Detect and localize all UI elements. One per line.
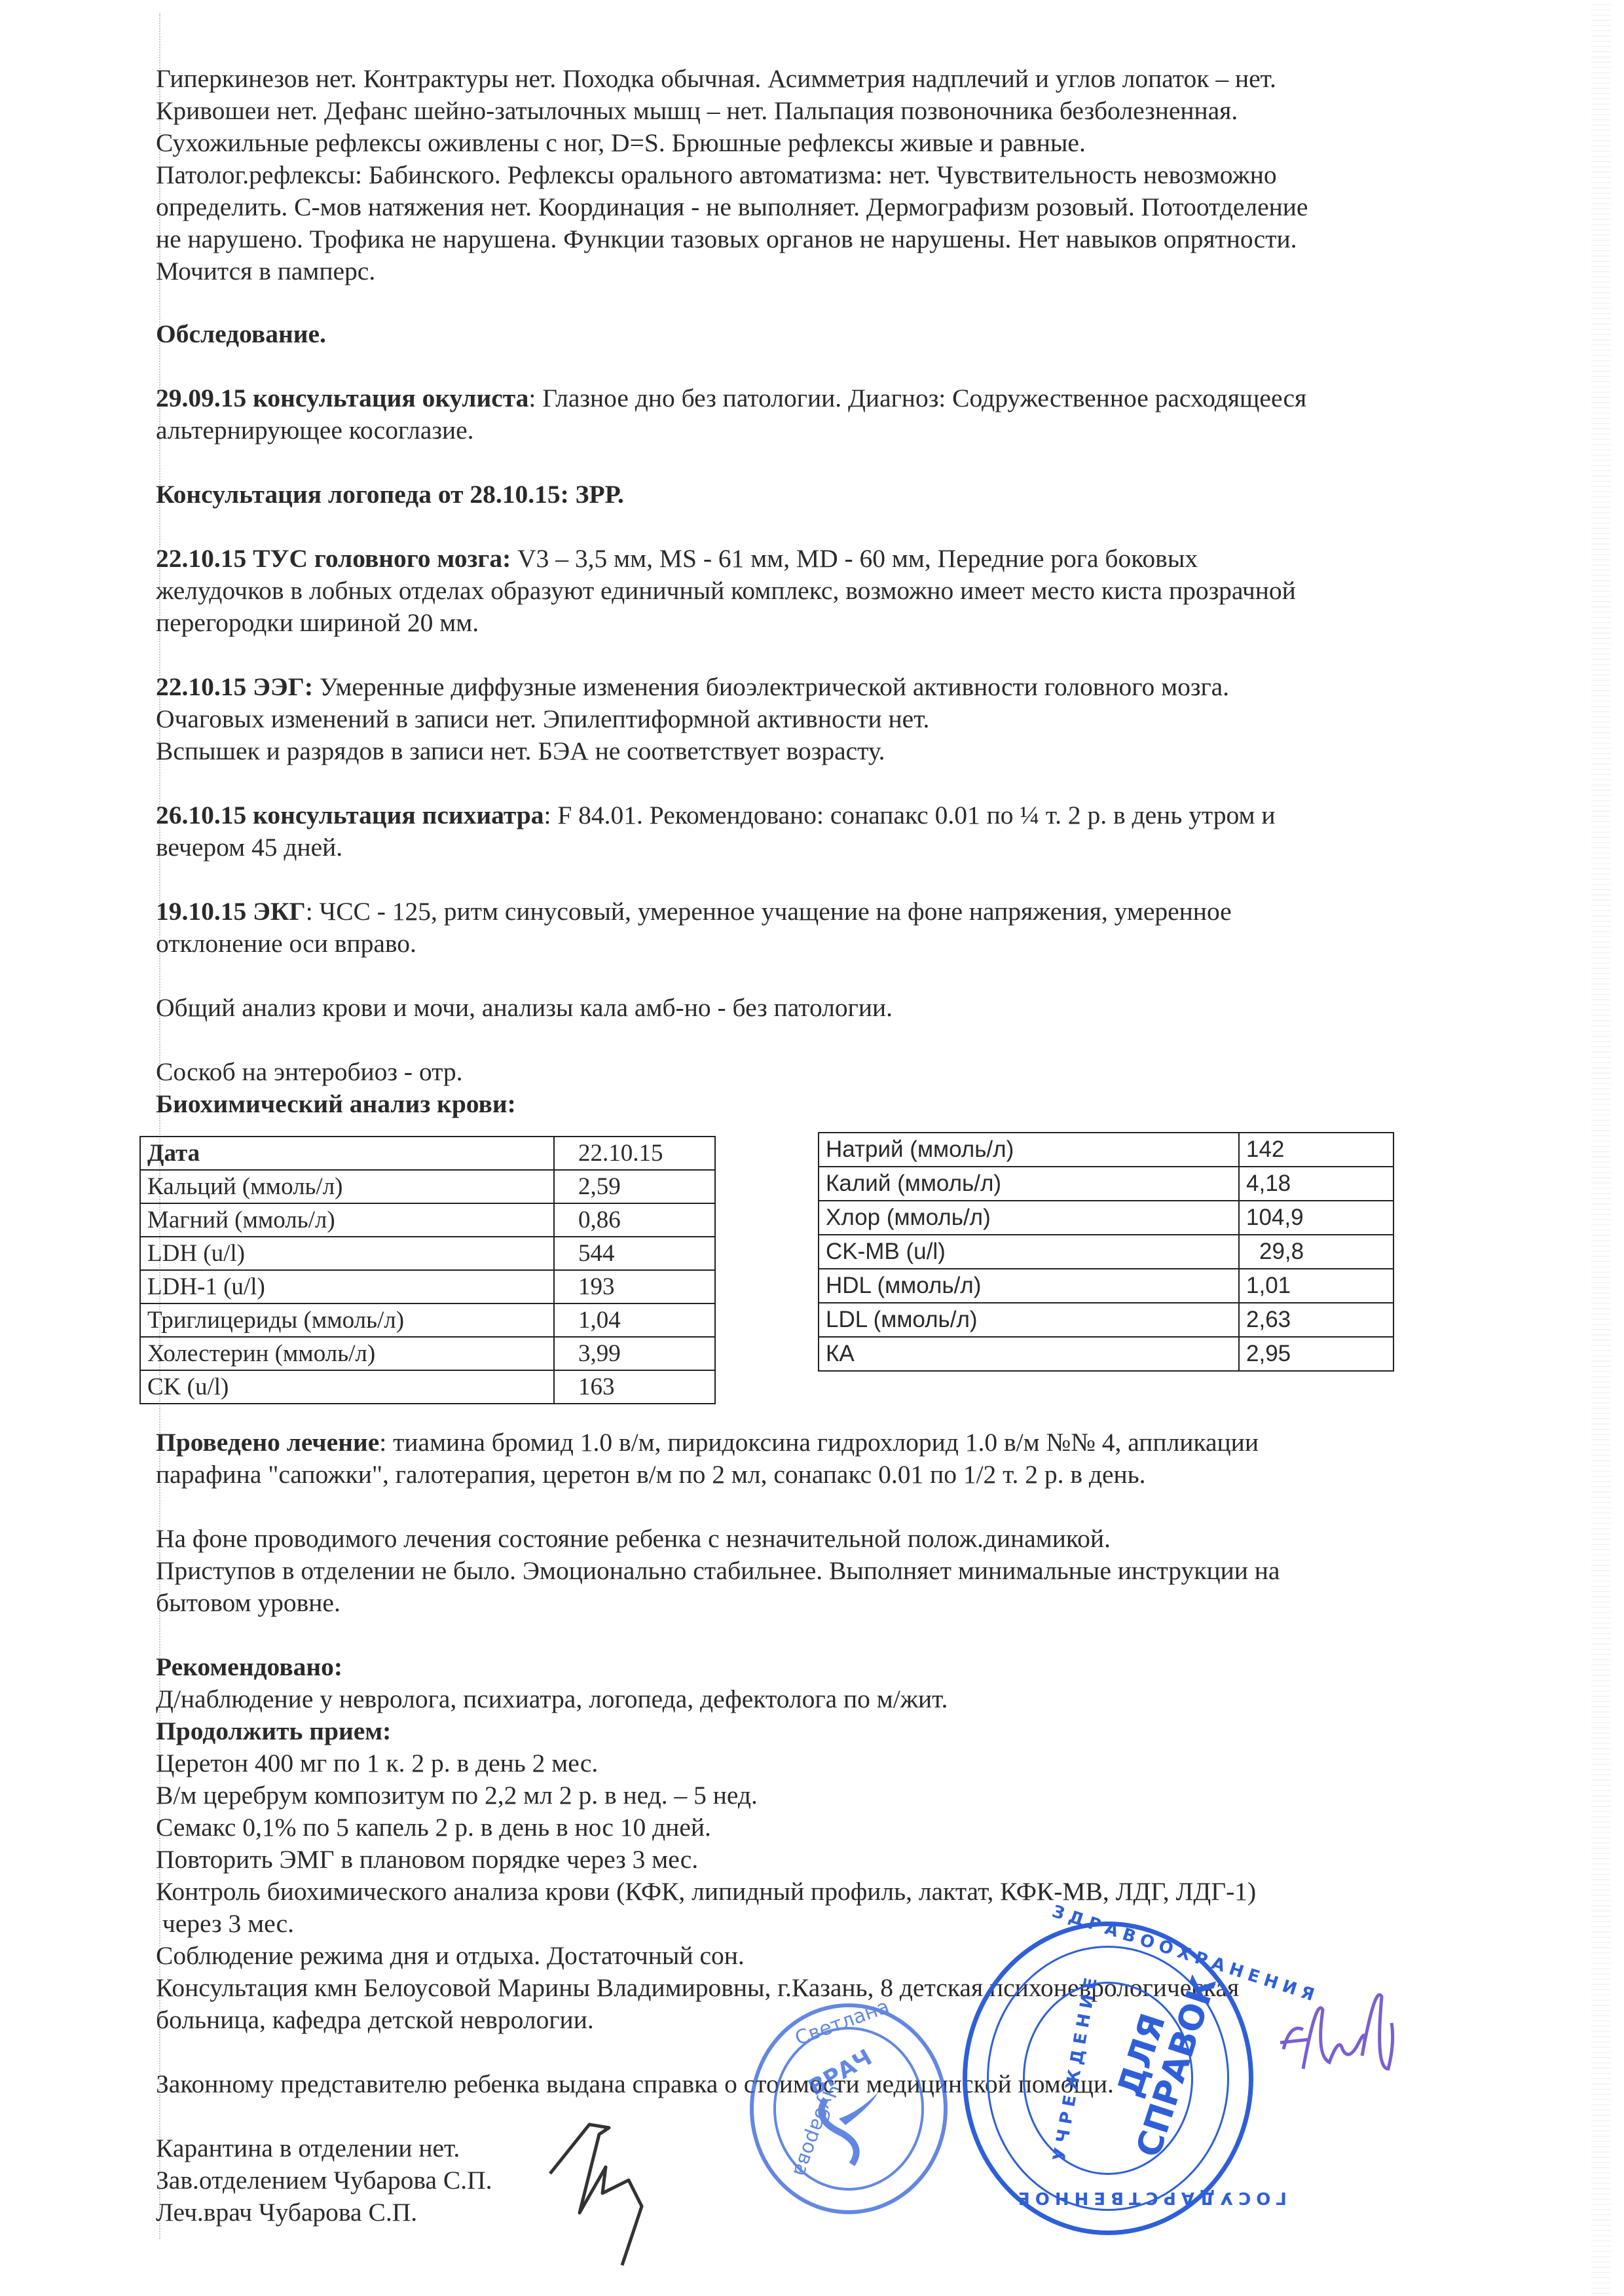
table-row: Натрий (ммоль/л)142 [819,1133,1393,1167]
doctor-stamp: Светлана ВРАЧ Чубарова [750,2003,948,2214]
psychiatrist-consult: 26.10.15 консультация психиатра: F 84.01… [156,799,1306,831]
analyte-label: CK (u/l) [140,1370,554,1404]
signature-official [1277,1971,1408,2102]
oculist-consult-cont: альтернирующее косоглазие. [156,414,1306,446]
tus-result-cont: желудочков в лобных отделах образуют еди… [156,575,1306,607]
analyte-label: Холестерин (ммоль/л) [140,1337,554,1370]
table-row: Магний (ммоль/л)0,86 [140,1203,715,1237]
neuro-line: Мочится в памперс. [156,255,1308,287]
outcome-line: бытовом уровне. [156,1587,1280,1619]
analyte-value: 142 [1239,1133,1393,1167]
analyte-value: 3,99 [554,1337,715,1370]
scan-artifact-edge [1591,0,1611,2296]
analyte-value: 1,01 [1239,1269,1393,1303]
neuro-line: не нарушено. Трофика не нарушена. Функци… [156,223,1308,255]
analyte-value: 29,8 [1239,1235,1393,1269]
neuro-line: Патолог.рефлексы: Бабинского. Рефлексы о… [156,159,1308,191]
recommendation-item: Повторить ЭМГ в плановом порядке через 3… [156,1844,1280,1876]
neuro-status-section: Гиперкинезов нет. Контрактуры нет. Поход… [156,63,1308,287]
analyte-value: 2,95 [1239,1337,1393,1371]
eeg-result-cont: Вспышек и разрядов в записи нет. БЭА не … [156,735,1306,767]
logoped-consult: Консультация логопеда от 28.10.15: ЗРР. [156,479,1306,511]
tus-result-cont: перегородки шириной 20 мм. [156,607,1306,639]
exam-heading: Обследование. [156,318,1306,350]
treatment-line-cont: парафина "сапожки", галотерапия, церетон… [156,1459,1280,1491]
table-row: Хлор (ммоль/л)104,9 [819,1201,1393,1235]
analyte-label: Натрий (ммоль/л) [819,1133,1239,1167]
outcome-line: Приступов в отделении не было. Эмоционал… [156,1555,1280,1587]
neuro-line: определить. С-мов натяжения нет. Координ… [156,191,1308,223]
neuro-line: Кривошеи нет. Дефанс шейно-затылочных мы… [156,95,1308,127]
recommendation-item: Контроль биохимического анализа крови (К… [156,1876,1280,1908]
table-row: CK-MB (u/l)29,8 [819,1235,1393,1269]
table-header-row: Дата22.10.15 [140,1137,715,1170]
recommendation-item: Семакс 0,1% по 5 капель 2 р. в день в но… [156,1812,1280,1844]
analyte-value: 4,18 [1239,1167,1393,1201]
table-row: Холестерин (ммоль/л)3,99 [140,1337,715,1370]
analyte-label: Хлор (ммоль/л) [819,1201,1239,1235]
table-row: Триглицериды (ммоль/л)1,04 [140,1303,715,1337]
discharge-summary-page: Гиперкинезов нет. Контрактуры нет. Поход… [0,0,1624,2296]
table-row: Калий (ммоль/л)4,18 [819,1167,1393,1201]
table-row: LDL (ммоль/л)2,63 [819,1303,1393,1337]
analyte-value: 0,86 [554,1203,715,1237]
psychiatrist-consult-cont: вечером 45 дней. [156,831,1306,864]
treatment-line: Проведено лечение: тиамина бромид 1.0 в/… [156,1427,1280,1459]
biochem-table-left: Дата22.10.15Кальций (ммоль/л)2,59Магний … [139,1136,716,1404]
table-row: LDH-1 (u/l)193 [140,1270,715,1303]
examination-section: Обследование. 29.09.15 консультация окул… [156,318,1306,1120]
eeg-result: 22.10.15 ЭЭГ: Умеренные диффузные измене… [156,671,1306,703]
general-analysis: Общий анализ крови и мочи, анализы кала … [156,992,1306,1024]
header-date: 22.10.15 [554,1137,715,1170]
table-row: HDL (ммоль/л)1,01 [819,1269,1393,1303]
biochem-table-right: Натрий (ммоль/л)142Калий (ммоль/л)4,18Хл… [818,1132,1394,1372]
eeg-result-cont: Очаговых изменений в записи нет. Эпилепт… [156,703,1306,735]
analyte-label: HDL (ммоль/л) [819,1269,1239,1303]
continue-heading: Продолжить прием: [156,1715,1280,1747]
caduceus-icon [813,2086,885,2171]
analyte-label: Триглицериды (ммоль/л) [140,1303,554,1337]
table-row: LDH (u/l)544 [140,1237,715,1270]
analyte-value: 2,63 [1239,1303,1393,1337]
analyte-label: Магний (ммоль/л) [140,1203,554,1237]
enterobiosis-result: Соскоб на энтеробиоз - отр. [156,1056,1306,1088]
table-row: КА2,95 [819,1337,1393,1371]
analyte-label: Калий (ммоль/л) [819,1167,1239,1201]
analyte-label: КА [819,1337,1239,1371]
recommendation-item: В/м церебрум композитум по 2,2 мл 2 р. в… [156,1779,1280,1812]
outcome-line: На фоне проводимого лечения состояние ре… [156,1523,1280,1555]
ecg-result-cont: отклонение оси вправо. [156,928,1306,960]
tus-result: 22.10.15 ТУС головного мозга: V3 – 3,5 м… [156,543,1306,575]
analyte-label: LDL (ммоль/л) [819,1303,1239,1337]
header-label: Дата [140,1137,554,1170]
oculist-consult: 29.09.15 консультация окулиста: Глазное … [156,382,1306,414]
analyte-value: 544 [554,1237,715,1270]
biochem-heading: Биохимический анализ крови: [156,1088,1306,1120]
table-row: CK (u/l)163 [140,1370,715,1404]
recommendations-heading: Рекомендовано: [156,1651,1280,1683]
analyte-value: 104,9 [1239,1201,1393,1235]
table-row: Кальций (ммоль/л)2,59 [140,1170,715,1203]
analyte-label: CK-MB (u/l) [819,1235,1239,1269]
recommendation-observation: Д/наблюдение у невролога, психиатра, лог… [156,1683,1280,1715]
analyte-value: 193 [554,1270,715,1303]
neuro-line: Сухожильные рефлексы оживлены с ног, D=S… [156,127,1308,159]
analyte-label: Кальций (ммоль/л) [140,1170,554,1203]
neuro-line: Гиперкинезов нет. Контрактуры нет. Поход… [156,63,1308,95]
ecg-result: 19.10.15 ЭКГ: ЧСС - 125, ритм синусовый,… [156,896,1306,928]
analyte-label: LDH (u/l) [140,1237,554,1270]
analyte-value: 1,04 [554,1303,715,1337]
signature-head-of-department [544,2121,688,2272]
analyte-value: 2,59 [554,1170,715,1203]
analyte-value: 163 [554,1370,715,1404]
organization-stamp: ЗДРАВООХРАНЕНИЯ УЧРЕЖДЕНИЕ ГОСУДАРСТВЕНН… [963,1922,1253,2235]
analyte-label: LDH-1 (u/l) [140,1270,554,1303]
recommendation-item: Церетон 400 мг по 1 к. 2 р. в день 2 мес… [156,1747,1280,1779]
